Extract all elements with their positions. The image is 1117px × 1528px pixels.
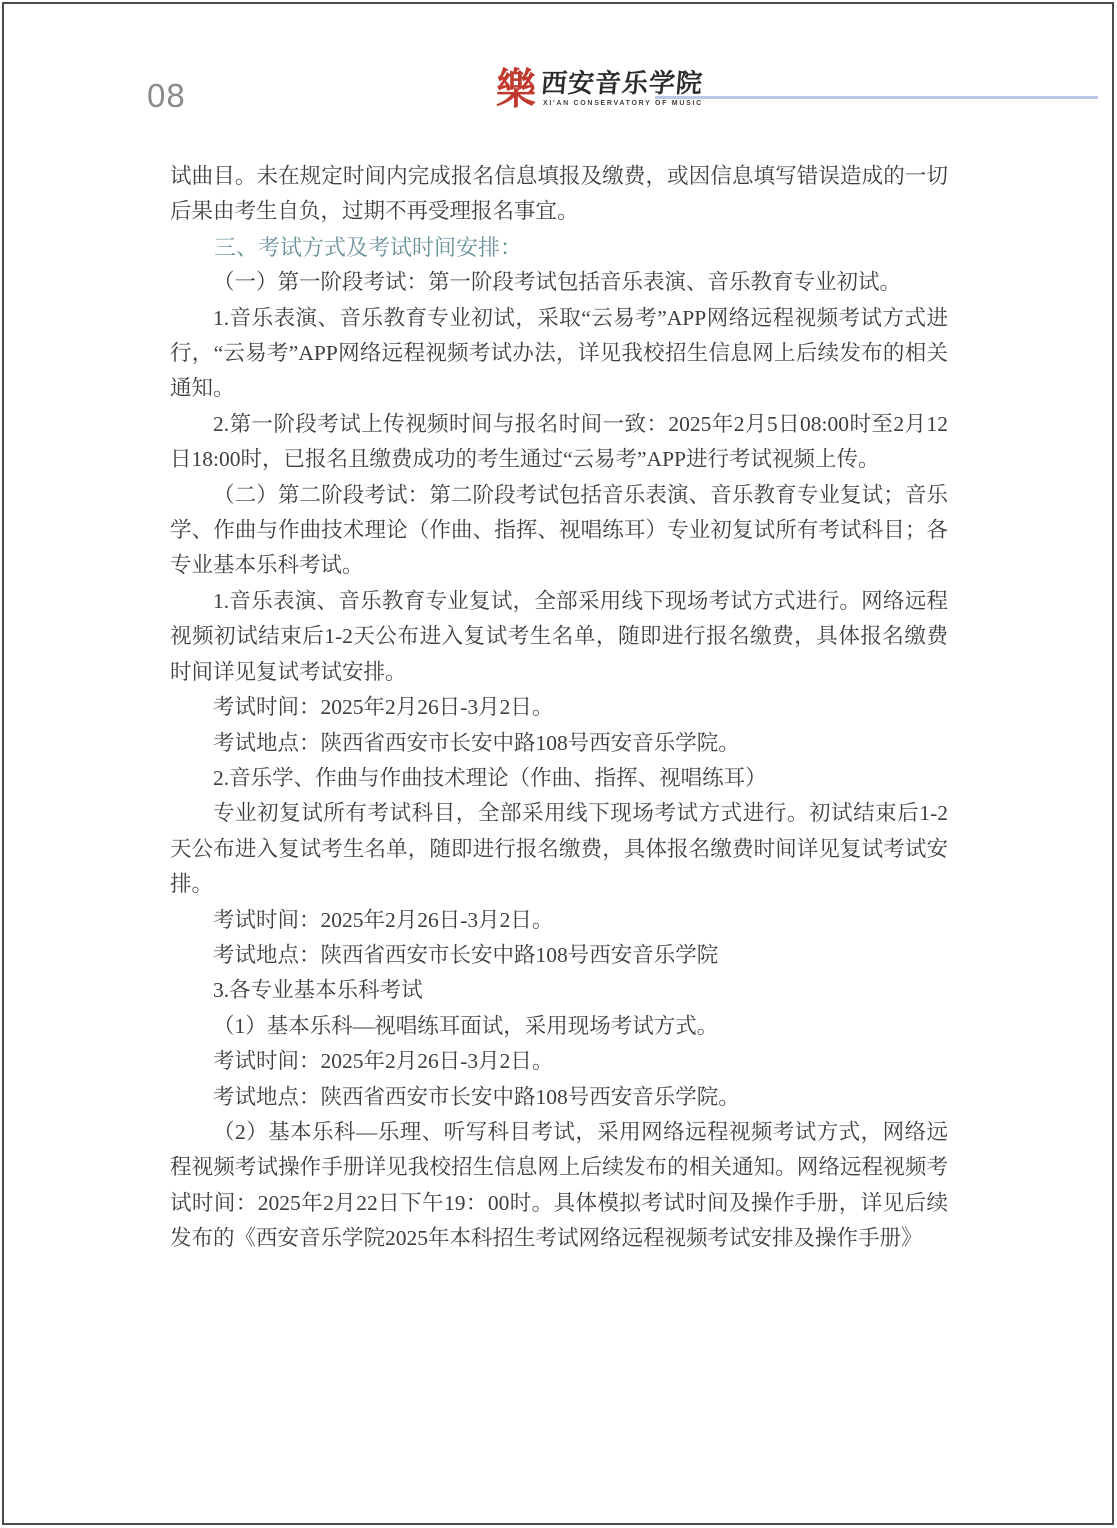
paragraph-stage2-item2-body: 专业初复试所有考试科目，全部采用线下现场考试方式进行。初试结束后1-2天公布进入… (170, 796, 948, 902)
school-logo: 樂 西安音乐学院 XI'AN CONSERVATORY OF MUSIC (496, 70, 703, 110)
document-page: 08 樂 西安音乐学院 XI'AN CONSERVATORY OF MUSIC … (0, 0, 1117, 1528)
paragraph-basic-subject2: （2）基本乐科—乐理、听写科目考试，采用网络远程视频考试方式，网络远程视频考试操… (170, 1115, 948, 1257)
header-divider-line (655, 96, 1098, 99)
section-heading: 三、考试方式及考试时间安排： (170, 230, 948, 265)
paragraph-stage1-intro: （一）第一阶段考试：第一阶段考试包括音乐表演、音乐教育专业初试。 (170, 265, 948, 300)
seal-icon: 樂 (496, 69, 536, 111)
school-name-chinese: 西安音乐学院 (540, 70, 704, 98)
paragraph-stage2-item3-title: 3.各专业基本乐科考试 (170, 973, 948, 1008)
paragraph-stage1-item2: 2.第一阶段考试上传视频时间与报名时间一致：2025年2月5日08:00时至2月… (170, 407, 948, 478)
exam-time: 考试时间：2025年2月26日-3月2日。 (170, 903, 948, 938)
logo-text: 西安音乐学院 XI'AN CONSERVATORY OF MUSIC (541, 70, 703, 108)
document-body: 试曲目。未在规定时间内完成报名信息填报及缴费，或因信息填写错误造成的一切后果由考… (170, 159, 948, 1257)
paragraph-stage1-item1: 1.音乐表演、音乐教育专业初试，采取“云易考”APP网络远程视频考试方式进行，“… (170, 301, 948, 407)
exam-location: 考试地点：陕西省西安市长安中路108号西安音乐学院。 (170, 726, 948, 761)
school-name-english: XI'AN CONSERVATORY OF MUSIC (543, 100, 703, 108)
paragraph-stage2-intro: （二）第二阶段考试：第二阶段考试包括音乐表演、音乐教育专业复试；音乐学、作曲与作… (170, 478, 948, 584)
paragraph-stage2-item2-title: 2.音乐学、作曲与作曲技术理论（作曲、指挥、视唱练耳） (170, 761, 948, 796)
exam-location: 考试地点：陕西省西安市长安中路108号西安音乐学院。 (170, 1080, 948, 1115)
paragraph-basic-subject1: （1）基本乐科—视唱练耳面试，采用现场考试方式。 (170, 1009, 948, 1044)
exam-time: 考试时间：2025年2月26日-3月2日。 (170, 1044, 948, 1079)
paragraph-continuation: 试曲目。未在规定时间内完成报名信息填报及缴费，或因信息填写错误造成的一切后果由考… (170, 159, 948, 230)
exam-time: 考试时间：2025年2月26日-3月2日。 (170, 690, 948, 725)
page-number: 08 (147, 76, 186, 116)
exam-location: 考试地点：陕西省西安市长安中路108号西安音乐学院 (170, 938, 948, 973)
paragraph-stage2-item1: 1.音乐表演、音乐教育专业复试，全部采用线下现场考试方式进行。网络远程视频初试结… (170, 584, 948, 690)
